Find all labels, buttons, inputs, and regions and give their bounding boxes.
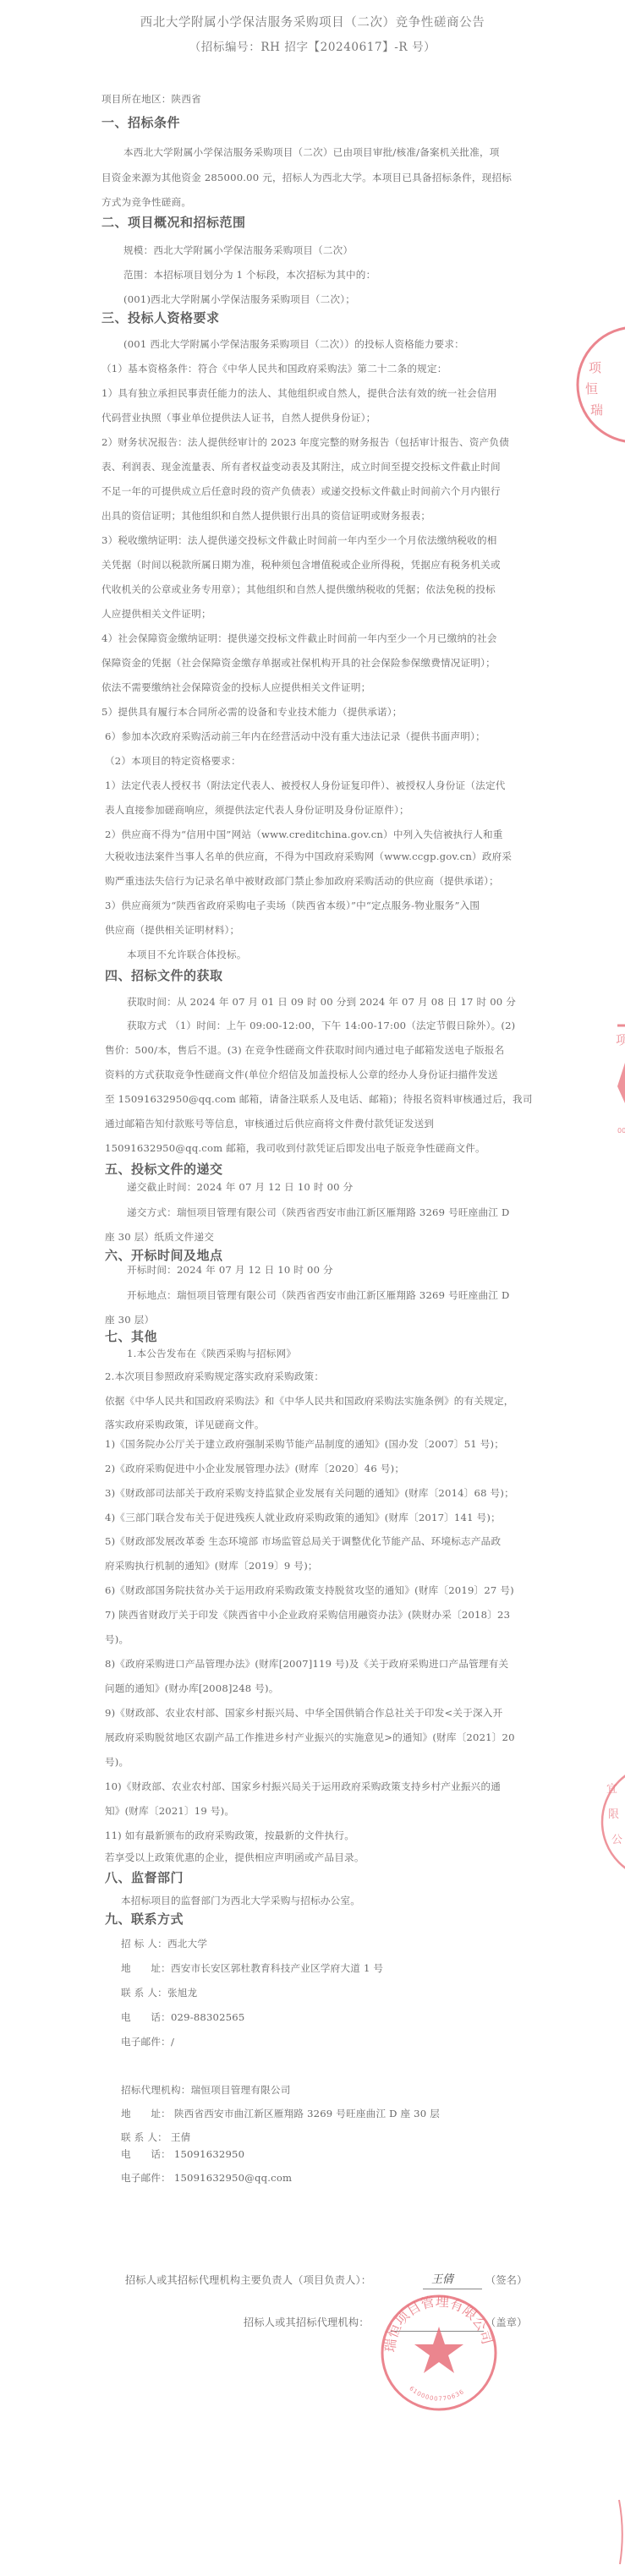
- svg-text:恒: 恒: [585, 381, 598, 397]
- field-label: 地 址：: [121, 2108, 171, 2119]
- paragraph-line: 范围：本招标项目划分为 1 个标段，本次招标为其中的：: [123, 269, 376, 281]
- paragraph-line: (001 西北大学附属小学保洁服务采购项目（二次））的投标人资格能力要求：: [123, 338, 464, 350]
- responsible-person-label: 招标人或其招标代理机构主要负责人（项目负责人）：: [125, 2274, 371, 2286]
- svg-text:限: 限: [608, 1808, 619, 1821]
- paragraph-line: 依法不需要缴纳社会保障资金的投标人应提供相关文件证明；: [101, 681, 370, 693]
- paragraph-line: 1)《国务院办公厅关于建立政府强制采购节能产品制度的通知》(国办发〔2007〕5…: [105, 1438, 504, 1450]
- paragraph-line: 开标地点：瑞恒项目管理有限公司（陕西省西安市曲江新区雁翔路 3269 号旺座曲江…: [127, 1289, 509, 1301]
- section-heading-3: 三、投标人资格要求: [101, 312, 220, 324]
- paragraph-line: 递交方式：瑞恒项目管理有限公司（陕西省西安市曲江新区雁翔路 3269 号旺座曲江…: [127, 1206, 509, 1218]
- paragraph-line: 表人直接参加磋商响应，须提供法定代表人身份证明及身份证原件）；: [105, 804, 409, 816]
- section-heading-9: 九、联系方式: [105, 1913, 184, 1925]
- paragraph-line: (001)西北大学附属小学保洁服务采购项目（二次）；: [123, 293, 355, 305]
- announcement-page: 西北大学附属小学保洁服务采购项目（二次）竞争性磋商公告 （招标编号：RH 招字【…: [0, 0, 625, 2576]
- paragraph-line: 号)。: [105, 1756, 129, 1768]
- tenderer-address: 西安市长安区郭杜教育科技产业区学府大道 1 号: [171, 1962, 383, 1974]
- paragraph-line: 购严重违法失信行为记录名单中被财政部门禁止参加政府采购活动的供应商（提供承诺）；: [105, 875, 499, 887]
- paragraph-line: 6）参加本次政府采购活动前三年内在经营活动中没有重大违法记录（提供书面声明）；: [105, 730, 485, 742]
- tenderer-contact: 张旭龙: [167, 1987, 197, 1999]
- section-heading-6: 六、开标时间及地点: [105, 1250, 223, 1261]
- paragraph-line: 3)《财政部司法部关于政府采购支持监狱企业发展有关问题的通知》(财库〔2014〕…: [105, 1487, 514, 1499]
- paragraph-line: 代码营业执照（事业单位提供法人证书，自然人提供身份证）；: [101, 412, 376, 424]
- paragraph-line: 代收机关的公章或业务专用章）；其他组织和自然人提供缴纳税收的凭据；依法免税的投标: [101, 583, 496, 595]
- agency-phone: 15091632950: [174, 2148, 244, 2160]
- handwritten-signature: 王倩: [431, 2270, 453, 2286]
- paragraph-line: 本招标项目的监督部门为西北大学采购与招标办公室。: [121, 1895, 360, 1906]
- agency-stamp-label: 招标人或其招标代理机构：: [244, 2316, 370, 2328]
- paragraph-line: 关凭据（时间以税款所属日期为准，税种须包含增值税或企业所得税，凭据应有税务机关或: [101, 559, 501, 571]
- svg-text:瑞: 瑞: [590, 402, 603, 418]
- svg-text:项: 项: [589, 360, 602, 375]
- field-label: 招标代理机构：: [121, 2084, 191, 2096]
- field-label: 联 系 人：: [121, 2131, 167, 2143]
- paragraph-line: 7) 陕西省财政厅关于印发《陕西省中小企业政府采购信用融资办法》(陕财办采〔20…: [105, 1609, 510, 1621]
- paragraph-line: 4）社会保障资金缴纳证明：提供递交投标文件截止时间前一年内至少一个月已缴纳的社会: [101, 632, 497, 644]
- document-title: 西北大学附属小学保洁服务采购项目（二次）竞争性磋商公告: [0, 17, 625, 29]
- field-label: 电子邮件：: [121, 2172, 171, 2184]
- paragraph-line: 府采购执行机制的通知》(财库〔2019〕9 号)；: [105, 1560, 318, 1572]
- paragraph-line: 若享受以上政策优惠的企业，提供相应声明函或产品目录。: [105, 1851, 365, 1863]
- agency-address: 陕西省西安市曲江新区雁翔路 3269 号旺座曲江 D 座 30 层: [174, 2108, 440, 2119]
- paragraph-line: 方式为竞争性磋商。: [101, 196, 191, 208]
- paragraph-line: 展政府采购脱贫地区农副产品工作推进乡村产业振兴的实施意见>的通知》(财库〔202…: [105, 1731, 515, 1743]
- paragraph-line: 人应提供相关文件证明；: [101, 608, 211, 620]
- paging-seal-icon: 项 00: [592, 1019, 625, 1137]
- paragraph-line: 座 30 层）纸质文件递交: [105, 1231, 214, 1243]
- paragraph-line: 至 15091632950@qq.com 邮箱，请备注联系人及电话、邮箱)；待报…: [105, 1093, 533, 1105]
- paragraph-line: 11) 如有最新颁布的政府采购政策，按最新的文件执行。: [105, 1829, 354, 1841]
- svg-text:项: 项: [616, 1032, 625, 1047]
- paragraph-line: 供应商（提供相关证明材料）；: [105, 924, 239, 936]
- tenderer-address-row: 地 址：西安市长安区郭杜教育科技产业区学府大道 1 号: [121, 1962, 383, 1974]
- svg-text:00: 00: [617, 1127, 625, 1135]
- paragraph-line: （1）基本资格条件：符合《中华人民共和国政府采购法》第二十二条的规定：: [101, 363, 447, 375]
- paragraph-line: 2)《政府采购促进中小企业发展管理办法》(财库〔2020〕46 号)；: [105, 1463, 404, 1474]
- paragraph-line: 8)《政府采购进口产品管理办法》(财库[2007]119 号)及《关于政府采购进…: [105, 1658, 508, 1670]
- paging-seal-icon: 项 恒 瑞: [572, 321, 625, 448]
- paragraph-line: （2）本项目的特定资格要求：: [105, 755, 241, 767]
- svg-text:宜: 宜: [606, 1783, 617, 1796]
- agency-name: 瑞恒项目管理有限公司: [191, 2084, 291, 2096]
- paragraph-line: 2）供应商不得为“信用中国”网站（www.creditchina.gov.cn）…: [105, 829, 503, 840]
- paragraph-line: 问题的通知》(财办库[2008]248 号)。: [105, 1682, 279, 1694]
- paragraph-line: 获取时间：从 2024 年 07 月 01 日 09 时 00 分到 2024 …: [127, 996, 516, 1008]
- field-label: 电 话：: [121, 2148, 171, 2160]
- paging-seal-icon: 宜 限 公: [596, 1758, 625, 1885]
- tenderer-phone: 029-88302565: [171, 2011, 244, 2023]
- paragraph-line: 2.本次项目参照政府采购规定落实政府采购政策：: [105, 1370, 324, 1382]
- paragraph-line: 3）供应商须为“陕西省政府采购电子卖场（陕西省本级）”中“定点服务-物业服务”入…: [105, 900, 480, 911]
- paragraph-line: 本项目不允许联合体投标。: [127, 949, 247, 960]
- paragraph-line: 知》(财库〔2021〕19 号)。: [105, 1805, 234, 1817]
- agency-contact: 王倩: [171, 2131, 191, 2143]
- company-seal-icon: 瑞恒项目管理有限公司 6100000770636: [379, 2293, 499, 2413]
- paragraph-line: 保障资金的凭据（社会保障资金缴存单据或社保机构开具的社会保险参保缴费情况证明）；: [101, 657, 496, 669]
- tenderer-email-row: 电子邮件：/: [121, 2036, 174, 2048]
- paragraph-line: 目资金来源为其他资金 285000.00 元，招标人为西北大学。本项目已具备招标…: [101, 172, 512, 183]
- paragraph-line: 3）税收缴纳证明：法人提供递交投标文件截止时间前一年内至少一个月依法缴纳税收的相: [101, 534, 497, 546]
- field-label: 招 标 人：: [121, 1938, 167, 1950]
- paragraph-line: 资料的方式获取竞争性磋商文件(单位介绍信及加盖投标人公章的经办人身份证扫描件发送: [105, 1069, 498, 1080]
- paragraph-line: 获取方式 （1）时间：上午 09:00-12:00，下午 14:00-17:00…: [127, 1020, 515, 1031]
- svg-text:瑞恒项目管理有限公司: 瑞恒项目管理有限公司: [382, 2293, 496, 2353]
- svg-text:6100000770636: 6100000770636: [408, 2385, 465, 2402]
- paragraph-line: 依据《中华人民共和国政府采购法》和《中华人民共和国政府采购法实施条例》的有关规定…: [105, 1395, 514, 1407]
- tenderer-name: 西北大学: [167, 1938, 207, 1950]
- section-heading-1: 一、招标条件: [101, 117, 180, 129]
- svg-text:公: 公: [611, 1834, 622, 1846]
- paragraph-line: 本西北大学附属小学保洁服务采购项目（二次）已由项目审批/核准/备案机关批准，项: [123, 146, 500, 158]
- bid-number: （招标编号：RH 招字【20240617】-R 号）: [0, 41, 625, 53]
- section-heading-8: 八、监督部门: [105, 1872, 184, 1884]
- stamp-line: [391, 2331, 484, 2332]
- field-label: 电 话：: [121, 2011, 171, 2023]
- agency-email-row: 电子邮件： 15091632950@qq.com: [121, 2172, 292, 2184]
- section-heading-7: 七、其他: [105, 1331, 157, 1343]
- section-heading-5: 五、投标文件的递交: [105, 1163, 223, 1175]
- tenderer-name-row: 招 标 人：西北大学: [121, 1938, 207, 1950]
- paragraph-line: 开标时间：2024 年 07 月 12 日 10 时 00 分: [127, 1264, 333, 1276]
- paragraph-line: 5)《财政部发展改革委 生态环境部 市场监管总局关于调整优化节能产品、环境标志产…: [105, 1535, 501, 1547]
- paragraph-line: 大税收违法案件当事人名单的供应商，不得为中国政府采购网（www.ccgp.gov…: [105, 850, 512, 862]
- paragraph-line: 2）财务状况报告：法人提供经审计的 2023 年度完整的财务报告（包括审计报告、…: [101, 436, 509, 448]
- tenderer-contact-row: 联 系 人：张旭龙: [121, 1987, 197, 1999]
- paragraph-line: 出具的资信证明；其他组织和自然人提供银行出具的资信证明或财务报表；: [101, 510, 430, 522]
- section-heading-2: 二、项目概况和招标范围: [101, 216, 246, 228]
- tenderer-phone-row: 电 话：029-88302565: [121, 2011, 244, 2023]
- paragraph-line: 规模：西北大学附属小学保洁服务采购项目（二次）: [123, 244, 353, 256]
- paragraph-line: 1）具有独立承担民事责任能力的法人、其他组织或自然人，提供合法有效的统一社会信用: [101, 387, 497, 399]
- paragraph-line: 通过邮箱告知付款账号等信息，审核通过后供应商将文件费付款凭证发送到: [105, 1118, 434, 1129]
- paragraph-line: 10)《财政部、农业农村部、国家乡村振兴局关于运用政府采购政策支持乡村产业振兴的…: [105, 1780, 501, 1792]
- project-region: 项目所在地区：陕西省: [101, 93, 201, 105]
- stamp-suffix: （盖章）: [485, 2316, 528, 2328]
- agency-email: 15091632950@qq.com: [174, 2172, 292, 2184]
- paragraph-line: 5）提供具有履行本合同所必需的设备和专业技术能力（提供承诺）；: [101, 706, 403, 718]
- paragraph-line: 9)《财政部、农业农村部、国家乡村振兴局、中华全国供销合作总社关于印发<关于深入…: [105, 1707, 502, 1719]
- paragraph-line: 号)。: [105, 1633, 129, 1645]
- field-label: 电子邮件：: [121, 2036, 171, 2048]
- field-label: 地 址：: [121, 1962, 171, 1974]
- field-label: 联 系 人：: [121, 1987, 167, 1999]
- agency-address-row: 地 址： 陕西省西安市曲江新区雁翔路 3269 号旺座曲江 D 座 30 层: [121, 2108, 440, 2119]
- paragraph-line: 1）法定代表人授权书（附法定代表人、被授权人身份证复印件）、被授权人身份证（法定…: [105, 779, 506, 791]
- section-heading-4: 四、招标文件的获取: [105, 970, 223, 982]
- paragraph-line: 15091632950@qq.com 邮箱，我司收到付款凭证后即发出电子版竞争性…: [105, 1142, 485, 1154]
- tenderer-email: /: [171, 2036, 174, 2048]
- paging-seal-icon: [617, 2498, 625, 2566]
- agency-name-row: 招标代理机构：瑞恒项目管理有限公司: [121, 2084, 291, 2096]
- signature-line: [423, 2289, 482, 2289]
- paragraph-line: 落实政府采购政策，详见磋商文件。: [105, 1419, 265, 1430]
- agency-contact-row: 联 系 人： 王倩: [121, 2131, 190, 2143]
- paragraph-line: 6)《财政部国务院扶贫办关于运用政府采购政策支持脱贫攻坚的通知》(财库〔2019…: [105, 1584, 514, 1596]
- paragraph-line: 表、利润表、现金流量表、所有者权益变动表及其附注，成立时间至提交投标文件截止时间: [101, 461, 501, 473]
- sign-suffix: （签名）: [485, 2274, 528, 2286]
- paragraph-line: 递交截止时间：2024 年 07 月 12 日 10 时 00 分: [127, 1181, 353, 1193]
- paragraph-line: 座 30 层）: [105, 1314, 154, 1326]
- paragraph-line: 不足一年的可提供成立后任意时段的资产负债表）或递交投标文件截止时间前六个月内银行: [101, 485, 501, 497]
- agency-phone-row: 电 话： 15091632950: [121, 2148, 244, 2160]
- paragraph-line: 售价：500/本，售后不退。(3) 在竞争性磋商文件获取时间内通过电子邮箱发送电…: [105, 1044, 504, 1056]
- paragraph-line: 4)《三部门联合发布关于促进残疾人就业政府采购政策的通知》(财库〔2017〕14…: [105, 1512, 501, 1523]
- paragraph-line: 1.本公告发布在《陕西采购与招标网》: [127, 1348, 296, 1359]
